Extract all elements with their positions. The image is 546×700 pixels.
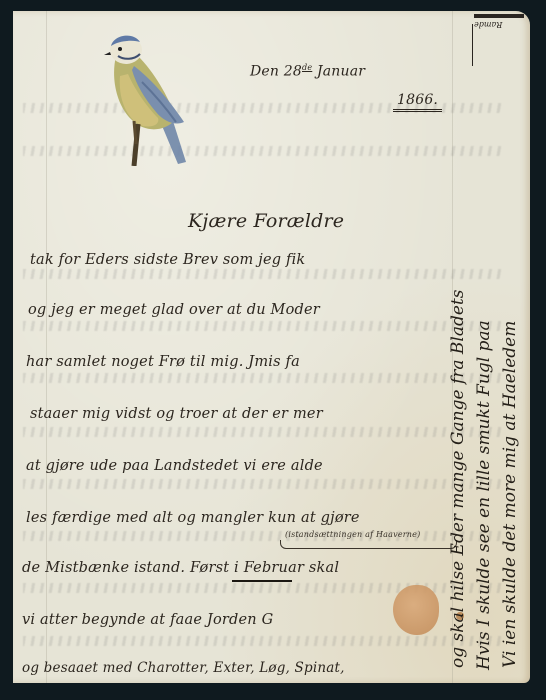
body-line-6: les færdige med alt og mangler kun at gj… [26,510,360,526]
margin-line-1: og skal hilse Eder mange Gange fra Blade… [448,290,468,669]
corner-note: Ramde [474,20,502,29]
bleed-through-line [23,479,503,489]
corner-dash-line [472,24,473,66]
body-line-1: tak for Eders sidste Brev som jeg fik [30,252,305,268]
body-line-4: staaer mig vidst og troer at der er mer [30,406,323,422]
body-line-2: og jeg er meget glad over at du Moder [28,302,320,318]
date-month: Januar [317,64,365,80]
bleed-through-line [23,373,503,383]
paper-stain [393,585,439,635]
body-line-5: at gjøre ude paa Landstedet vi ere alde [26,458,323,474]
body-line-7-text: de Mistbænke istand. Først i Februar ska… [22,560,339,576]
corner-rule [474,14,524,18]
date-ordinal: de [302,63,312,72]
letter-date: Den 28de Januar [250,63,365,80]
interlinear-note: (istandsættningen af Haaverne) [285,530,420,539]
margin-line-2: Hvis I skulde see en lille smukt Fugl pa… [474,320,494,670]
margin-line-3: Vi ien skulde det more mig at Haeledem [500,321,520,668]
underline-mark [232,580,292,582]
bleed-through-line [23,427,503,437]
insertion-bracket [280,540,457,549]
letter-year: 1866. [393,92,442,112]
bleed-through-line [23,269,503,279]
salutation: Kjære Forældre [188,210,344,232]
body-line-9: og besaaet med Charotter, Exter, Løg, Sp… [22,660,345,676]
bleed-through-line [23,146,503,156]
bleed-through-line [23,321,503,331]
bleed-through-line [23,636,503,646]
bird-illustration [98,26,198,166]
body-line-3: har samlet noget Frø til mig. Jmis fa [26,354,300,370]
body-line-8: vi atter begynde at faae Jorden G [22,612,273,628]
date-day: Den 28 [250,64,302,80]
body-line-7: de Mistbænke istand. Først i Februar ska… [22,560,339,576]
